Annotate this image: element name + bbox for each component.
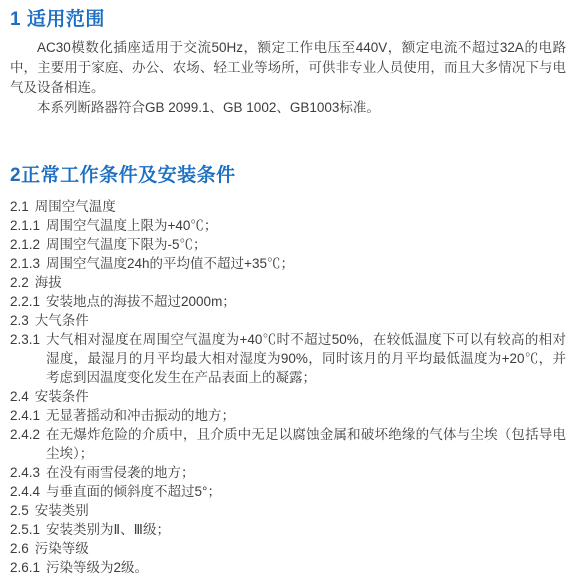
item-text: 周围空气温度下限为-5℃； <box>46 235 566 254</box>
item-text: 大气条件 <box>35 311 566 330</box>
scope-paragraph-1: AC30模数化插座适用于交流50Hz，额定工作电压至440V，额定电流不超过32… <box>10 38 566 98</box>
condition-item-2-3: 2.3 大气条件 <box>10 311 566 330</box>
item-number: 2.3.1 <box>10 330 40 387</box>
item-text: 污染等级 <box>35 539 566 558</box>
item-text: 安装类别 <box>35 501 566 520</box>
item-number: 2.6.1 <box>10 558 40 577</box>
condition-item-2-1: 2.1 周围空气温度 <box>10 197 566 216</box>
item-number: 2.1.3 <box>10 254 40 273</box>
section-conditions: 2正常工作条件及安装条件 2.1 周围空气温度 2.1.1 周围空气温度上限为+… <box>10 164 566 577</box>
scope-paragraphs: AC30模数化插座适用于交流50Hz，额定工作电压至440V，额定电流不超过32… <box>10 38 566 118</box>
item-number: 2.4.4 <box>10 482 40 501</box>
item-text: 污染等级为2级。 <box>46 558 566 577</box>
item-number: 2.6 <box>10 539 29 558</box>
item-number: 2.4 <box>10 387 29 406</box>
item-text: 周围空气温度 <box>35 197 566 216</box>
condition-item-2-1-2: 2.1.2 周围空气温度下限为-5℃； <box>10 235 566 254</box>
condition-item-2-4-3: 2.4.3 在没有雨雪侵袭的地方； <box>10 463 566 482</box>
item-number: 2.5 <box>10 501 29 520</box>
item-number: 2.2 <box>10 273 29 292</box>
condition-item-2-6: 2.6 污染等级 <box>10 539 566 558</box>
manual-page: 1 适用范围 AC30模数化插座适用于交流50Hz，额定工作电压至440V，额定… <box>0 0 576 587</box>
item-text: 安装地点的海拔不超过2000m； <box>46 292 566 311</box>
condition-item-2-5: 2.5 安装类别 <box>10 501 566 520</box>
conditions-list: 2.1 周围空气温度 2.1.1 周围空气温度上限为+40℃； 2.1.2 周围… <box>10 197 566 577</box>
item-number: 2.4.3 <box>10 463 40 482</box>
condition-item-2-1-1: 2.1.1 周围空气温度上限为+40℃； <box>10 216 566 235</box>
condition-item-2-2-1: 2.2.1 安装地点的海拔不超过2000m； <box>10 292 566 311</box>
item-number: 2.1.1 <box>10 216 40 235</box>
item-text: 安装类别为Ⅱ、Ⅲ级； <box>46 520 566 539</box>
item-text: 与垂直面的倾斜度不超过5°； <box>46 482 566 501</box>
section-scope: 1 适用范围 AC30模数化插座适用于交流50Hz，额定工作电压至440V，额定… <box>10 8 566 118</box>
condition-item-2-4: 2.4 安装条件 <box>10 387 566 406</box>
item-text: 周围空气温度上限为+40℃； <box>46 216 566 235</box>
item-text: 无显著摇动和冲击振动的地方； <box>46 406 566 425</box>
condition-item-2-6-1: 2.6.1 污染等级为2级。 <box>10 558 566 577</box>
section-scope-title: 1 适用范围 <box>10 8 566 32</box>
condition-item-2-5-1: 2.5.1 安装类别为Ⅱ、Ⅲ级； <box>10 520 566 539</box>
item-number: 2.1.2 <box>10 235 40 254</box>
item-text: 在没有雨雪侵袭的地方； <box>46 463 566 482</box>
section-conditions-title: 2正常工作条件及安装条件 <box>10 164 566 188</box>
item-text: 海拔 <box>35 273 566 292</box>
item-text: 周围空气温度24h的平均值不超过+35℃； <box>46 254 566 273</box>
item-number: 2.4.2 <box>10 425 40 463</box>
item-text: 在无爆炸危险的介质中，且介质中无足以腐蚀金属和破坏绝缘的气体与尘埃（包括导电尘埃… <box>46 425 566 463</box>
item-text: 大气相对湿度在周围空气温度为+40℃时不超过50%，在较低温度下可以有较高的相对… <box>46 330 566 387</box>
condition-item-2-4-2: 2.4.2 在无爆炸危险的介质中，且介质中无足以腐蚀金属和破坏绝缘的气体与尘埃（… <box>10 425 566 463</box>
item-number: 2.2.1 <box>10 292 40 311</box>
condition-item-2-2: 2.2 海拔 <box>10 273 566 292</box>
item-number: 2.3 <box>10 311 29 330</box>
item-number: 2.5.1 <box>10 520 40 539</box>
item-text: 安装条件 <box>35 387 566 406</box>
condition-item-2-1-3: 2.1.3 周围空气温度24h的平均值不超过+35℃； <box>10 254 566 273</box>
scope-paragraph-2: 本系列断路器符合GB 2099.1、GB 1002、GB1003标准。 <box>10 98 566 118</box>
condition-item-2-3-1: 2.3.1 大气相对湿度在周围空气温度为+40℃时不超过50%，在较低温度下可以… <box>10 330 566 387</box>
condition-item-2-4-4: 2.4.4 与垂直面的倾斜度不超过5°； <box>10 482 566 501</box>
item-number: 2.1 <box>10 197 29 216</box>
item-number: 2.4.1 <box>10 406 40 425</box>
condition-item-2-4-1: 2.4.1 无显著摇动和冲击振动的地方； <box>10 406 566 425</box>
